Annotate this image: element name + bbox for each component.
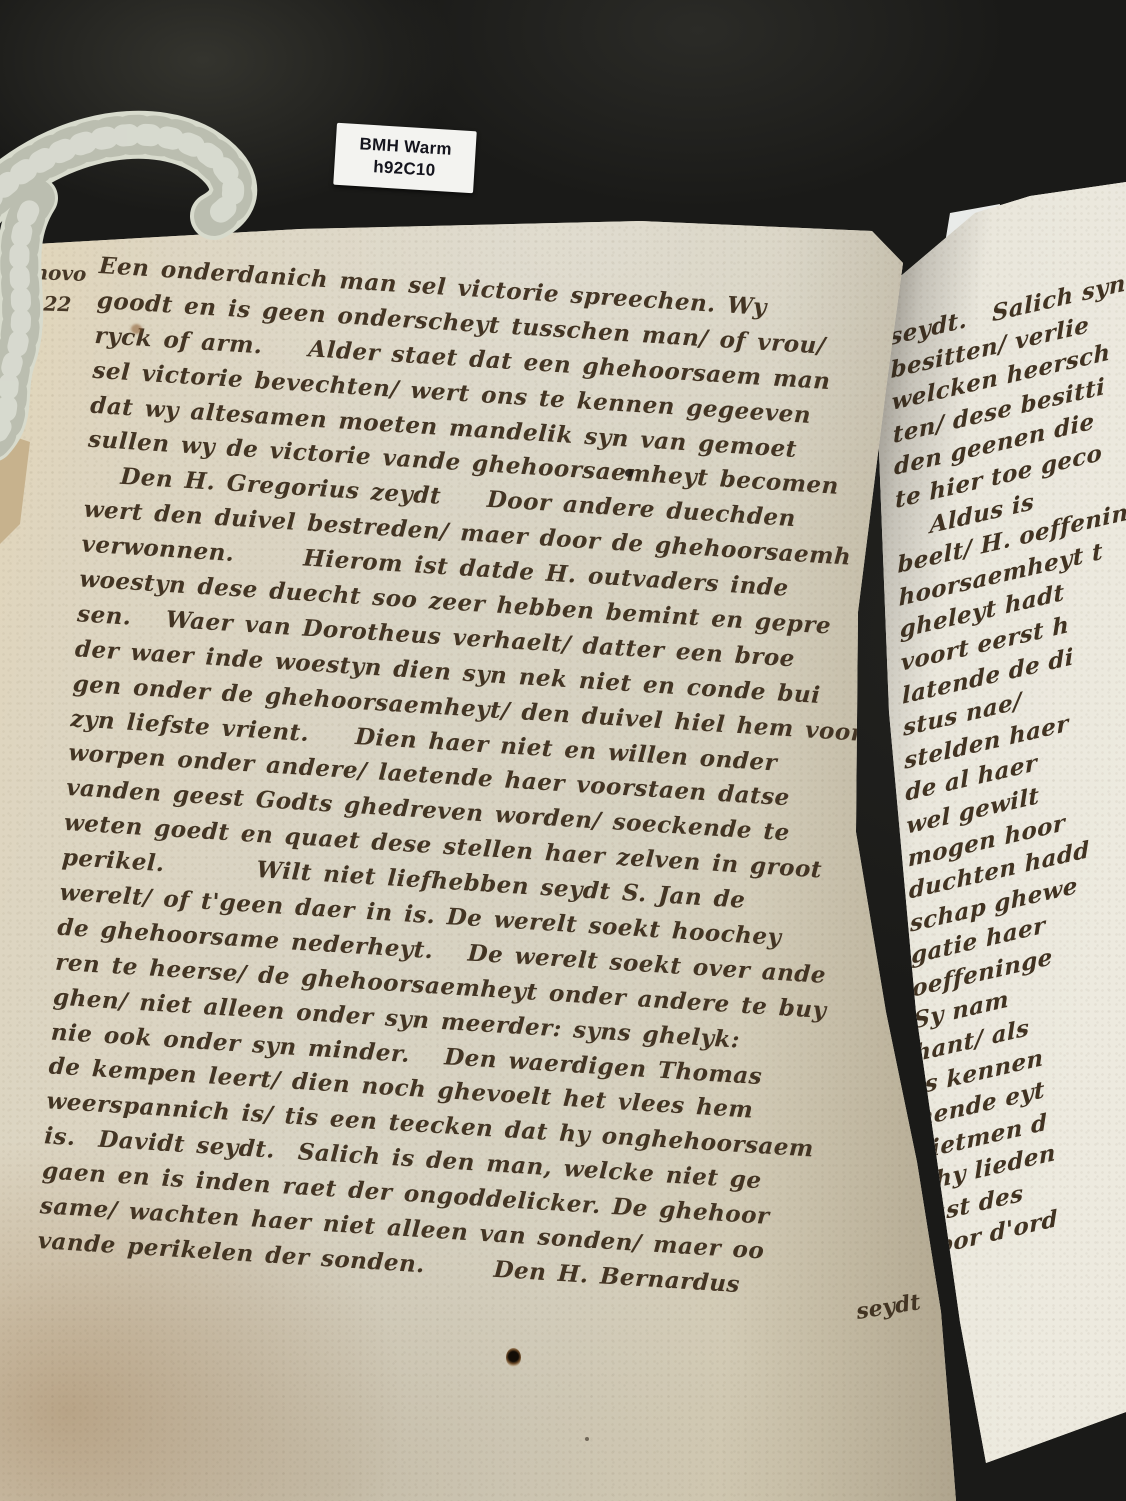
archive-label: BMH Warm h92C10 bbox=[333, 123, 477, 193]
photo-of-manuscript: seydt. Salich synbesitten/ verliewelcken… bbox=[0, 0, 1126, 1501]
margin-note-number: 22 bbox=[32, 288, 86, 321]
right-page-text: seydt. Salich synbesitten/ verliewelcken… bbox=[889, 251, 1126, 1269]
margin-note: novo 22 bbox=[32, 257, 87, 321]
left-page-text: Een onderdanich man sel victorie spreech… bbox=[36, 252, 938, 1315]
rust-stain bbox=[131, 324, 142, 334]
ink-speck bbox=[585, 1437, 589, 1441]
archive-label-line2: h92C10 bbox=[373, 156, 437, 182]
margin-note-word: novo bbox=[33, 257, 87, 290]
wormhole bbox=[506, 1348, 521, 1367]
ink-speck bbox=[625, 469, 633, 477]
